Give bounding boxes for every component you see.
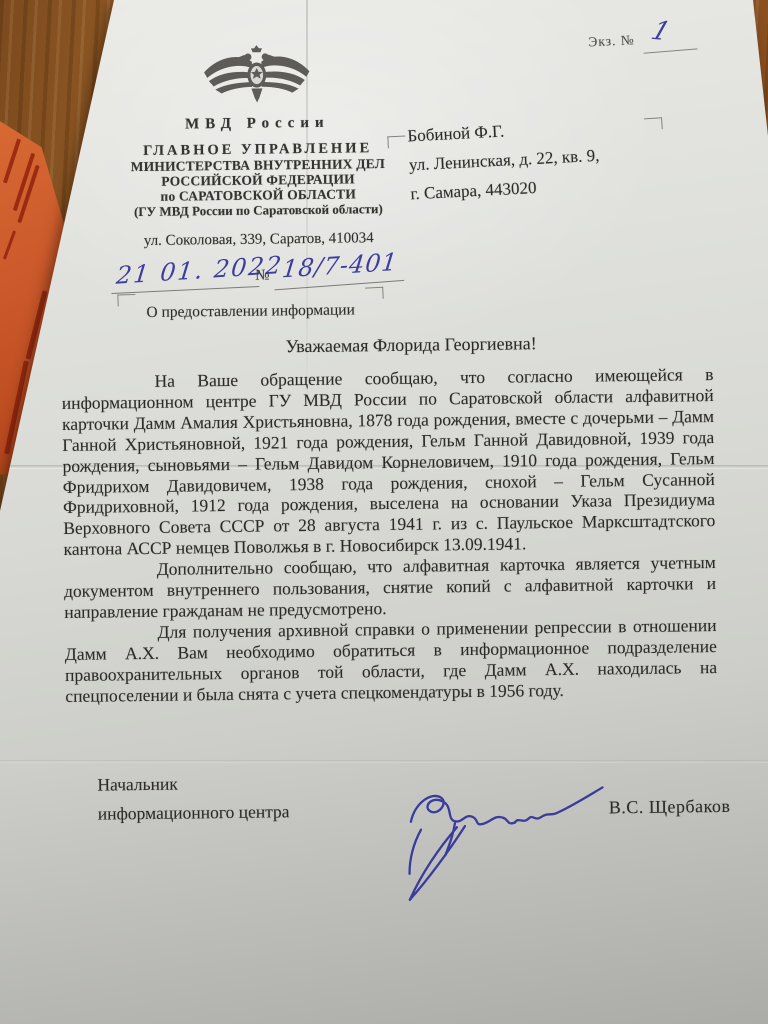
- copy-stamp-number-handwritten: 1: [647, 16, 674, 47]
- subject-field: О предоставлении информации: [117, 289, 383, 328]
- signer-title: Начальник информационного центра: [97, 768, 289, 828]
- org-name: МВД России: [108, 114, 406, 135]
- letter-sheet: Экз. № 1: [0, 0, 768, 1024]
- subject-corner-mark-left: [117, 294, 135, 307]
- number-sign-label: №: [255, 267, 270, 284]
- dept-line: (ГУ МВД России по Саратовской области): [109, 201, 407, 220]
- mvd-eagle-emblem-icon: [200, 43, 313, 110]
- signer-title-line1: Начальник: [97, 768, 289, 799]
- letter-sheet-wrap: Экз. № 1: [0, 0, 768, 1024]
- copy-stamp-underline: [644, 48, 698, 53]
- letterhead-address: ул. Соколовая, 339, Саратов, 410034: [110, 230, 408, 251]
- body-paragraph: Дополнительно сообщаю, что алфавитная ка…: [64, 552, 717, 623]
- letterhead: МВД России ГЛАВНОЕ УПРАВЛЕНИЕ МИНИСТЕРСТ…: [107, 42, 407, 251]
- signer-title-line2: информационного центра: [98, 797, 290, 828]
- letter-body: На Ваше обращение сообщаю, что согласно …: [61, 364, 717, 706]
- subject-corner-mark-right: [365, 287, 384, 300]
- subject-line: О предоставлении информации: [118, 301, 384, 322]
- signer-name: В.С. Щербаков: [609, 796, 731, 818]
- copy-stamp-label: Экз. №: [588, 32, 635, 50]
- letter-content: Экз. № 1: [0, 0, 768, 1024]
- document-photo: Экз. № 1: [0, 0, 768, 1024]
- body-paragraph: Для получения архивной справки о примене…: [64, 615, 717, 707]
- letterhead-dept: ГЛАВНОЕ УПРАВЛЕНИЕ МИНИСТЕРСТВА ВНУТРЕНН…: [109, 140, 408, 220]
- outgoing-number-handwritten: 18/7-401: [281, 248, 400, 284]
- body-paragraph: На Ваше обращение сообщаю, что согласно …: [61, 364, 715, 560]
- address-field-corner-mark-left: [387, 135, 406, 148]
- addressee-block: Бобиной Ф.Г. ул. Ленинская, д. 22, кв. 9…: [407, 112, 602, 209]
- salutation: Уважаемая Флорида Георгиевна!: [91, 331, 731, 360]
- signature-autograph: [398, 779, 612, 934]
- address-field-corner-mark-right: [644, 117, 663, 130]
